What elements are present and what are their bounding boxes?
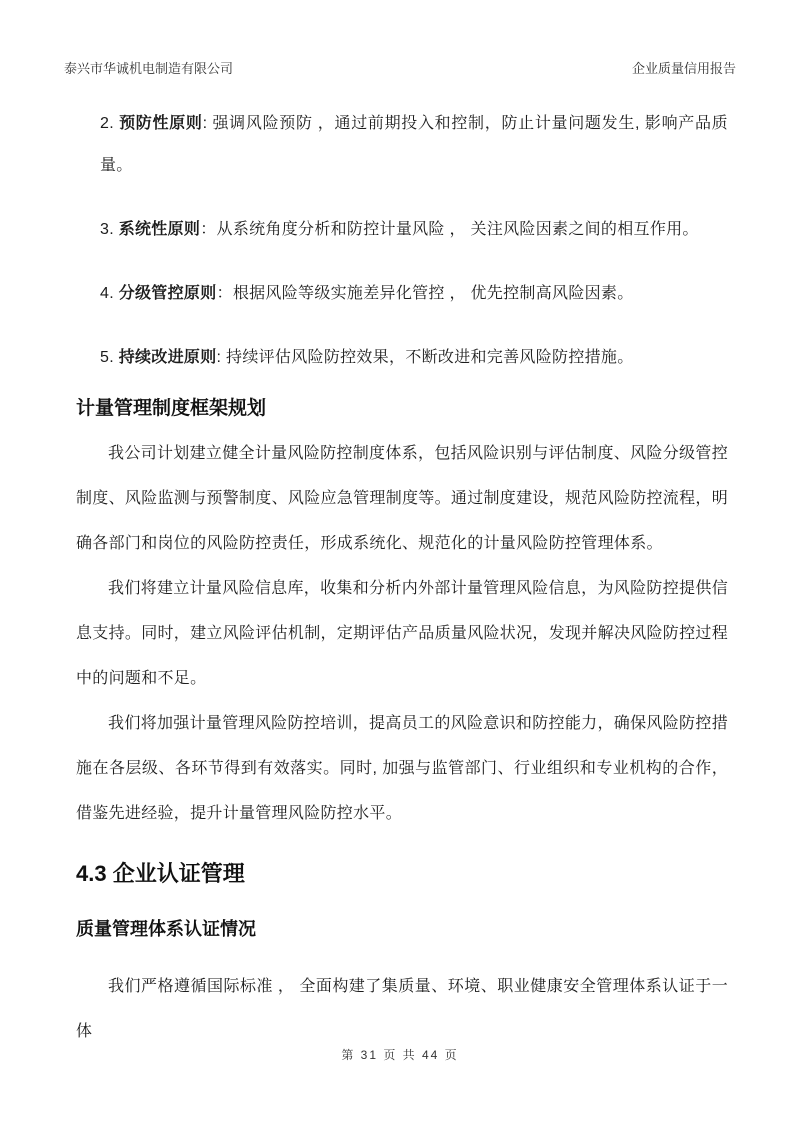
list-item: 5. 持续改进原则: 持续评估风险防控效果，不断改进和完善风险防控措施。 <box>100 337 728 379</box>
item-title: 预防性原则 <box>119 115 202 132</box>
section-heading-metrology-framework: 计量管理制度框架规划 <box>76 395 728 423</box>
principles-list: 2. 预防性原则: 强调风险预防 ，通过前期投入和控制，防止计量问题发生, 影响… <box>76 103 728 379</box>
subsection-heading-qms-certification: 质量管理体系认证情况 <box>76 916 728 942</box>
document-page: 泰兴市华诚机电制造有限公司 企业质量信用报告 2. 预防性原则: 强调风险预防 … <box>0 0 800 1131</box>
item-title: 分级管控原则 <box>119 285 217 302</box>
page-header: 泰兴市华诚机电制造有限公司 企业质量信用报告 <box>0 0 800 77</box>
item-text: 根据风险等级实施差异化管控 ， 优先控制高风险因素。 <box>233 285 634 302</box>
item-separator: : <box>217 349 227 366</box>
item-number: 4. <box>100 285 114 302</box>
item-separator: ： <box>200 221 216 238</box>
paragraph: 我们将加强计量管理风险防控培训，提高员工的风险意识和防控能力，确保风险防控措施在… <box>76 701 728 836</box>
list-item: 2. 预防性原则: 强调风险预防 ，通过前期投入和控制，防止计量问题发生, 影响… <box>100 103 728 187</box>
page-content: 2. 预防性原则: 强调风险预防 ，通过前期投入和控制，防止计量问题发生, 影响… <box>0 103 800 1054</box>
item-number: 5. <box>100 349 114 366</box>
paragraph: 我们严格遵循国际标准 ， 全面构建了集质量、环境、职业健康安全管理体系认证于一体 <box>76 964 728 1054</box>
paragraph: 我们将建立计量风险信息库，收集和分析内外部计量管理风险信息，为风险防控提供信息支… <box>76 566 728 701</box>
item-text: 从系统角度分析和防控计量风险 ， 关注风险因素之间的相互作用。 <box>217 221 699 238</box>
item-number: 3. <box>100 221 114 238</box>
metrology-paragraphs: 我公司计划建立健全计量风险防控制度体系，包括风险识别与评估制度、风险分级管控 制… <box>76 431 728 836</box>
header-company-name: 泰兴市华诚机电制造有限公司 <box>64 58 233 77</box>
item-title: 持续改进原则 <box>119 349 217 366</box>
header-report-title: 企业质量信用报告 <box>632 58 736 77</box>
list-item: 4. 分级管控原则：根据风险等级实施差异化管控 ， 优先控制高风险因素。 <box>100 273 728 315</box>
page-number: 第 31 页 共 44 页 <box>0 1046 800 1063</box>
item-number: 2. <box>100 115 114 132</box>
item-separator: ： <box>217 285 233 302</box>
paragraph: 我公司计划建立健全计量风险防控制度体系，包括风险识别与评估制度、风险分级管控 制… <box>76 431 728 566</box>
item-text: 持续评估风险防控效果，不断改进和完善风险防控措施。 <box>226 349 634 366</box>
section-heading-certification: 4.3 企业认证管理 <box>76 858 728 890</box>
list-item: 3. 系统性原则：从系统角度分析和防控计量风险 ， 关注风险因素之间的相互作用。 <box>100 209 728 251</box>
item-title: 系统性原则 <box>119 221 201 238</box>
item-separator: : <box>203 115 213 132</box>
